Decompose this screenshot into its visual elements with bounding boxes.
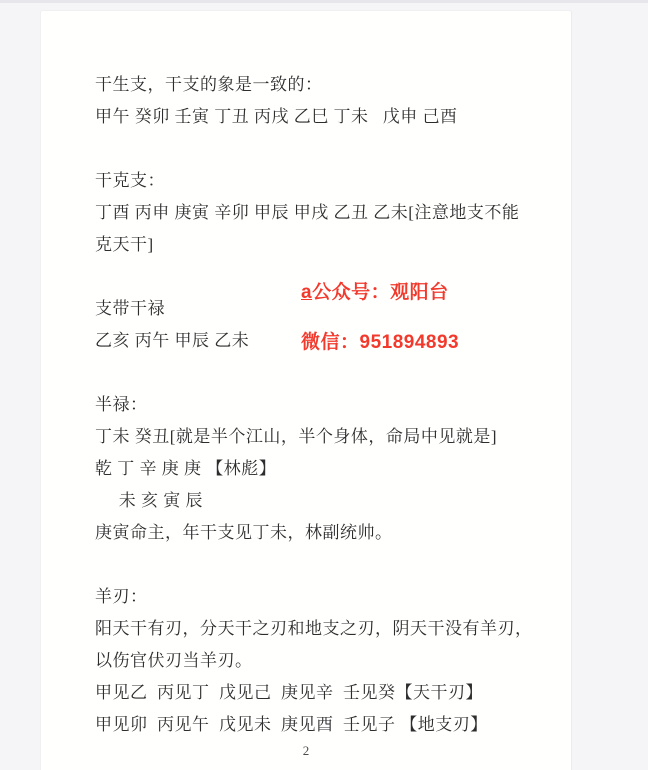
watermark-account-line: a公众号：观阳台 bbox=[301, 281, 459, 304]
watermark-wechat-line: 微信：951894893 bbox=[301, 331, 459, 354]
section-heading: 半禄： bbox=[95, 389, 545, 421]
section-heading: 干生支，干支的象是一致的： bbox=[95, 69, 545, 101]
section-yang-ren: 羊刃： 阳天干有刃，分天干之刃和地支之刃，阴天干没有羊刃， 以伤官伏刃当羊刃。 … bbox=[95, 581, 545, 741]
page-content: 干生支，干支的象是一致的： 甲午 癸卯 壬寅 丁丑 丙戌 乙巳 丁未 戊申 己酉… bbox=[41, 11, 571, 741]
text-line: 乾 丁 辛 庚 庚 【林彪】 bbox=[95, 453, 545, 485]
text-line-indented: 未 亥 寅 辰 bbox=[95, 485, 545, 517]
document-page: 干生支，干支的象是一致的： 甲午 癸卯 壬寅 丁丑 丙戌 乙巳 丁未 戊申 己酉… bbox=[40, 10, 572, 770]
text-line: 丁未 癸丑[就是半个江山，半个身体，命局中见就是] bbox=[95, 421, 545, 453]
watermark-account-text: 公众号：观阳台 bbox=[312, 282, 449, 303]
text-line: 甲见乙 丙见丁 戊见己 庚见辛 壬见癸【天干刃】 bbox=[95, 677, 545, 709]
text-line: 庚寅命主，年干支见丁未，林副统帅。 bbox=[95, 517, 545, 549]
watermark-link-prefix: a bbox=[301, 282, 312, 303]
text-line: 丁酉 丙申 庚寅 辛卯 甲辰 甲戌 乙丑 乙未[注意地支不能 bbox=[95, 197, 545, 229]
section-ban-lu: 半禄： 丁未 癸丑[就是半个江山，半个身体，命局中见就是] 乾 丁 辛 庚 庚 … bbox=[95, 389, 545, 549]
text-line: 甲见卯 丙见午 戊见未 庚见酉 壬见子 【地支刃】 bbox=[95, 709, 545, 741]
page-number: 2 bbox=[41, 743, 571, 759]
red-watermark: a公众号：观阳台 微信：951894893 bbox=[301, 281, 459, 354]
window-top-edge bbox=[0, 0, 648, 3]
section-gan-sheng-zhi: 干生支，干支的象是一致的： 甲午 癸卯 壬寅 丁丑 丙戌 乙巳 丁未 戊申 己酉 bbox=[95, 69, 545, 133]
section-gan-ke-zhi: 干克支： 丁酉 丙申 庚寅 辛卯 甲辰 甲戌 乙丑 乙未[注意地支不能 克天干] bbox=[95, 165, 545, 261]
section-heading: 羊刃： bbox=[95, 581, 545, 613]
text-line: 以伤官伏刃当羊刃。 bbox=[95, 645, 545, 677]
text-line: 阳天干有刃，分天干之刃和地支之刃，阴天干没有羊刃， bbox=[95, 613, 545, 645]
section-heading: 干克支： bbox=[95, 165, 545, 197]
text-line: 克天干] bbox=[95, 229, 545, 261]
text-line: 甲午 癸卯 壬寅 丁丑 丙戌 乙巳 丁未 戊申 己酉 bbox=[95, 101, 545, 133]
